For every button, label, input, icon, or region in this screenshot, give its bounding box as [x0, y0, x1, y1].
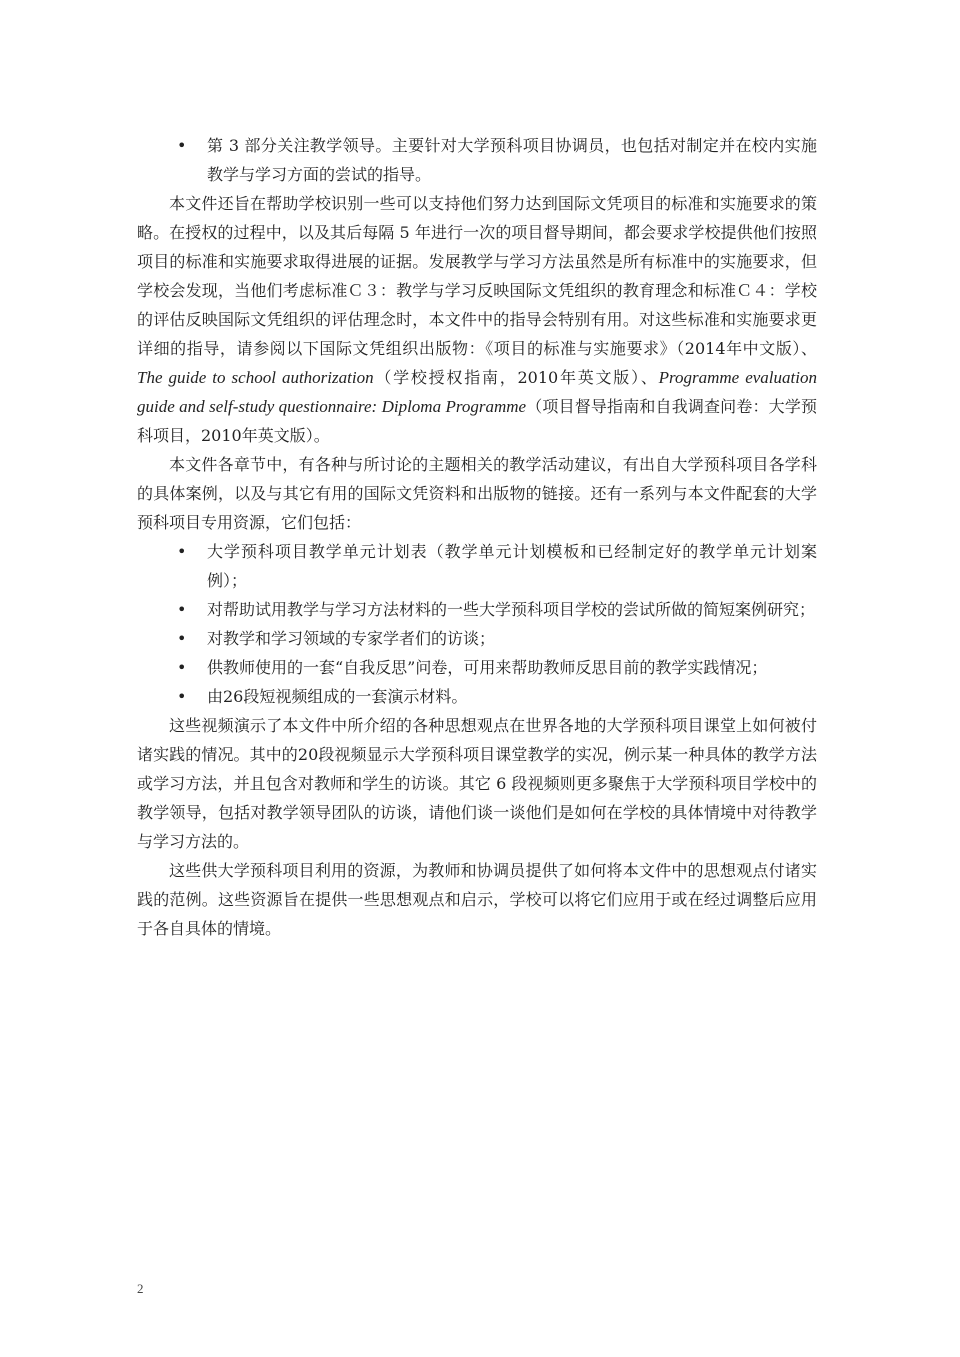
publication-title: The guide to school authorization — [137, 368, 374, 387]
bullet-icon: • — [177, 131, 186, 160]
paragraph-conclusion: 这些供大学预科项目利用的资源，为教师和协调员提供了如何将本文件中的思想观点付诸实… — [137, 856, 817, 943]
bullet-icon: • — [177, 624, 186, 653]
paragraph-text: 本文件还旨在帮助学校识别一些可以支持他们努力达到国际文凭项目的标准和实施要求的策… — [137, 194, 817, 358]
bullet-text: 第 3 部分关注教学领导。主要针对大学预科项目协调员，也包括对制定并在校内实施教… — [207, 136, 817, 184]
list-item-text: 大学预科项目教学单元计划表（教学单元计划模板和已经制定好的教学单元计划案例）； — [207, 542, 817, 590]
paragraph-text: 本文件各章节中，有各种与所讨论的主题相关的教学活动建议，有出自大学预科项目各学科… — [137, 455, 817, 532]
bullet-icon: • — [177, 595, 186, 624]
paragraph-standards: 本文件还旨在帮助学校识别一些可以支持他们努力达到国际文凭项目的标准和实施要求的策… — [137, 189, 817, 450]
list-item-text: 供教师使用的一套“自我反思”问卷，可用来帮助教师反思目前的教学实践情况； — [207, 658, 767, 677]
list-item: • 由26段短视频组成的一套演示材料。 — [137, 682, 817, 711]
list-item: • 供教师使用的一套“自我反思”问卷，可用来帮助教师反思目前的教学实践情况； — [137, 653, 817, 682]
list-item: • 大学预科项目教学单元计划表（教学单元计划模板和已经制定好的教学单元计划案例）… — [137, 537, 817, 595]
list-item: • 对教学和学习领域的专家学者们的访谈； — [137, 624, 817, 653]
document-page: • 第 3 部分关注教学领导。主要针对大学预科项目协调员，也包括对制定并在校内实… — [137, 131, 817, 943]
list-item-text: 由26段短视频组成的一套演示材料。 — [207, 687, 467, 706]
bullet-icon: • — [177, 682, 186, 711]
list-item-text: 对帮助试用教学与学习方法材料的一些大学预科项目学校的尝试所做的简短案例研究； — [207, 600, 815, 619]
list-item: • 对帮助试用教学与学习方法材料的一些大学预科项目学校的尝试所做的简短案例研究； — [137, 595, 817, 624]
paragraph-videos: 这些视频演示了本文件中所介绍的各种思想观点在世界各地的大学预科项目课堂上如何被付… — [137, 711, 817, 856]
paragraph-text: 这些视频演示了本文件中所介绍的各种思想观点在世界各地的大学预科项目课堂上如何被付… — [137, 716, 817, 851]
paragraph-resources-intro: 本文件各章节中，有各种与所讨论的主题相关的教学活动建议，有出自大学预科项目各学科… — [137, 450, 817, 537]
page-number: 2 — [137, 1281, 144, 1297]
bullet-icon: • — [177, 537, 186, 566]
paragraph-text: （学校授权指南，2010年英文版）、 — [374, 368, 659, 387]
list-item-text: 对教学和学习领域的专家学者们的访谈； — [207, 629, 495, 648]
bullet-item-part3: • 第 3 部分关注教学领导。主要针对大学预科项目协调员，也包括对制定并在校内实… — [137, 131, 817, 189]
bullet-icon: • — [177, 653, 186, 682]
paragraph-text: 这些供大学预科项目利用的资源，为教师和协调员提供了如何将本文件中的思想观点付诸实… — [137, 861, 817, 938]
resource-list: • 大学预科项目教学单元计划表（教学单元计划模板和已经制定好的教学单元计划案例）… — [137, 537, 817, 711]
